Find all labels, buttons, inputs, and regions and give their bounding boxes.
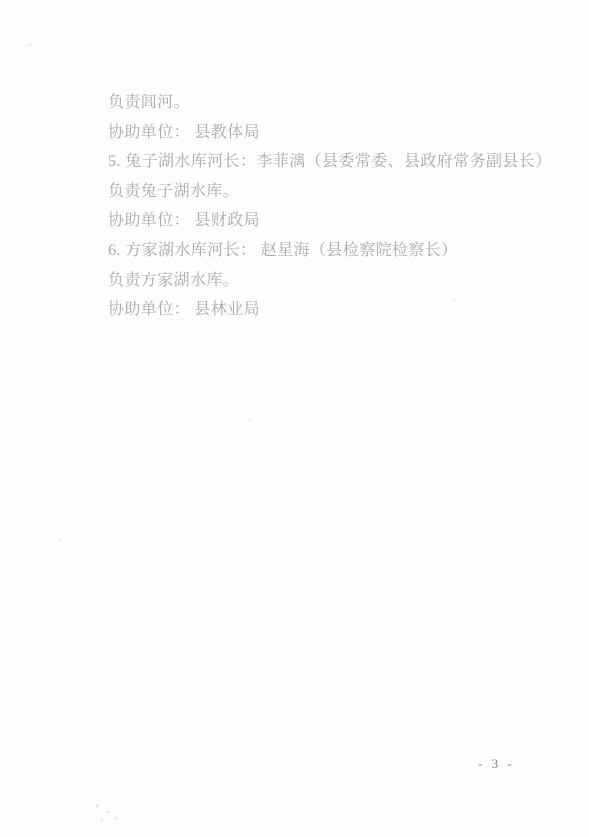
text-line-numbered-item-5: 5. 兔子湖水库河长：李菲漓（县委常委、县政府常务副县长）	[108, 147, 568, 177]
text-line: 协助单位： 县财政局	[108, 206, 568, 236]
page-number: - 3 -	[478, 756, 515, 772]
document-page: 负责闾河。 协助单位： 县教体局 5. 兔子湖水库河长：李菲漓（县委常委、县政府…	[0, 0, 589, 837]
text-line: 负责方家湖水库。	[108, 266, 568, 296]
text-line: 协助单位： 县教体局	[108, 118, 568, 148]
document-body: 负责闾河。 协助单位： 县教体局 5. 兔子湖水库河长：李菲漓（县委常委、县政府…	[108, 88, 568, 325]
text-line-numbered-item-6: 6. 方家湖水库河长： 赵星海（县检察院检察长）	[108, 236, 568, 266]
text-line: 负责兔子湖水库。	[108, 177, 568, 207]
text-line: 负责闾河。	[108, 88, 568, 118]
text-line: 协助单位： 县林业局	[108, 295, 568, 325]
